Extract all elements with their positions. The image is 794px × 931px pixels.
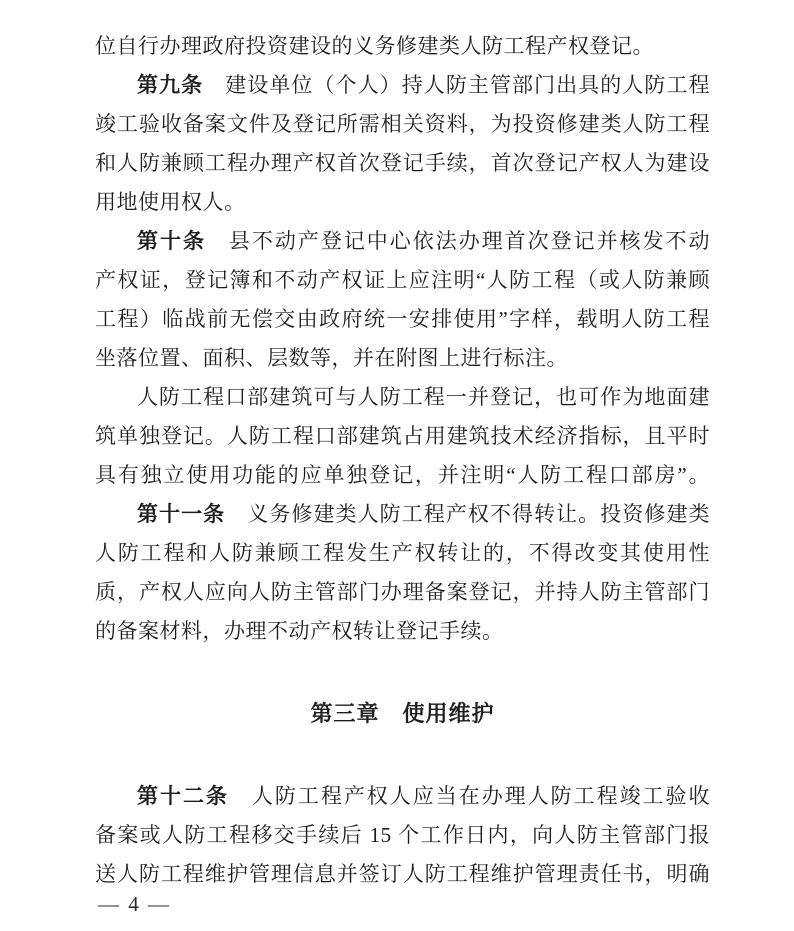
text-line: 人防工程和人防兼顾工程发生产权转让的，不得改变其使用性 <box>95 534 710 573</box>
line-text: 和人防兼顾工程办理产权首次登记手续，首次登记产权人为建设 <box>95 151 710 175</box>
text-line: 位自行办理政府投资建设的义务修建类人防工程产权登记。 <box>95 27 710 66</box>
document-page: 位自行办理政府投资建设的义务修建类人防工程产权登记。 第九条 建设单位（个人）持… <box>0 0 794 931</box>
line-text: 竣工验收备案文件及登记所需相关资料，为投资修建类人防工程 <box>95 112 710 136</box>
text-line: 第十条 县不动产登记中心依法办理首次登记并核发不动 <box>95 222 710 261</box>
text-line: 第十一条 义务修建类人防工程产权不得转让。投资修建类 <box>95 495 710 534</box>
text-line: 产权证，登记簿和不动产权证上应注明“人防工程（或人防兼顾 <box>95 261 710 300</box>
article-label: 第十条 <box>137 230 206 253</box>
article-label: 第十一条 <box>137 503 225 526</box>
line-text: 人防工程口部建筑可与人防工程一并登记，也可作为地面建 <box>137 385 710 409</box>
text-line: 第九条 建设单位（个人）持人防主管部门出具的人防工程 <box>95 66 710 105</box>
article-label: 第九条 <box>137 74 203 97</box>
text-line: 备案或人防工程移交手续后 15 个工作日内，向人防主管部门报 <box>95 816 710 855</box>
line-text: 质，产权人应向人防主管部门办理备案登记，并持人防主管部门 <box>95 580 710 604</box>
line-text: 坐落位置、面积、层数等，并在附图上进行标注。 <box>95 346 568 370</box>
text-line: 坐落位置、面积、层数等，并在附图上进行标注。 <box>95 339 710 378</box>
text-line: 用地使用权人。 <box>95 183 710 222</box>
text-line: 人防工程口部建筑可与人防工程一并登记，也可作为地面建 <box>95 378 710 417</box>
line-text: 的备案材料，办理不动产权转让登记手续。 <box>95 619 504 643</box>
text-line: 第十二条 人防工程产权人应当在办理人防工程竣工验收 <box>95 777 710 816</box>
chapter-heading: 第三章 使用维护 <box>95 694 710 733</box>
text-line: 工程）临战前无偿交由政府统一安排使用”字样，载明人防工程 <box>95 300 710 339</box>
text-line: 质，产权人应向人防主管部门办理备案登记，并持人防主管部门 <box>95 573 710 612</box>
line-text: 备案或人防工程移交手续后 15 个工作日内，向人防主管部门报 <box>95 823 710 847</box>
line-text: 具有独立使用功能的应单独登记，并注明“人防工程口部房”。 <box>95 463 710 487</box>
text-line: 筑单独登记。人防工程口部建筑占用建筑技术经济指标，且平时 <box>95 417 710 456</box>
line-text: 筑单独登记。人防工程口部建筑占用建筑技术经济指标，且平时 <box>95 424 710 448</box>
article-label: 第十二条 <box>137 785 229 808</box>
line-text: 建设单位（个人）持人防主管部门出具的人防工程 <box>203 73 710 97</box>
line-text: 送人防工程维护管理信息并签订人防工程维护管理责任书，明确 <box>95 862 710 886</box>
text-line: 的备案材料，办理不动产权转让登记手续。 <box>95 612 710 651</box>
text-line: 送人防工程维护管理信息并签订人防工程维护管理责任书，明确 <box>95 855 710 894</box>
line-text: 人防工程产权人应当在办理人防工程竣工验收 <box>229 784 710 808</box>
text-line: 和人防兼顾工程办理产权首次登记手续，首次登记产权人为建设 <box>95 144 710 183</box>
document-body: 位自行办理政府投资建设的义务修建类人防工程产权登记。 第九条 建设单位（个人）持… <box>95 27 710 894</box>
line-text: 位自行办理政府投资建设的义务修建类人防工程产权登记。 <box>95 34 654 58</box>
text-line: 具有独立使用功能的应单独登记，并注明“人防工程口部房”。 <box>95 456 710 495</box>
page-number: — 4 — <box>98 892 171 917</box>
line-text: 用地使用权人。 <box>95 190 246 214</box>
line-text: 县不动产登记中心依法办理首次登记并核发不动 <box>206 229 710 253</box>
text-line: 竣工验收备案文件及登记所需相关资料，为投资修建类人防工程 <box>95 105 710 144</box>
line-text: 产权证，登记簿和不动产权证上应注明“人防工程（或人防兼顾 <box>95 268 710 292</box>
line-text: 人防工程和人防兼顾工程发生产权转让的，不得改变其使用性 <box>95 541 710 565</box>
line-text: 工程）临战前无偿交由政府统一安排使用”字样，载明人防工程 <box>95 307 710 331</box>
line-text: 义务修建类人防工程产权不得转让。投资修建类 <box>225 502 710 526</box>
